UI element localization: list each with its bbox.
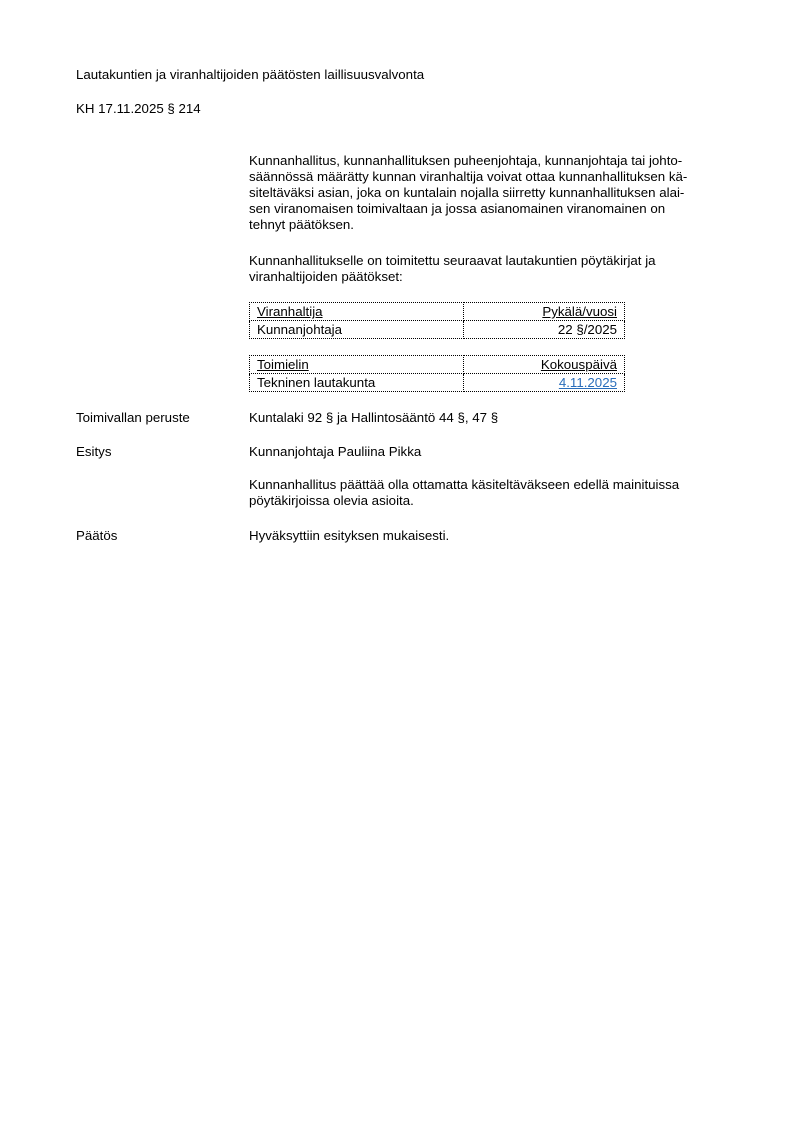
officials-table: Viranhaltija Pykälä/vuosi Kunnanjohtaja … [249,302,625,339]
intro-line: tehnyt päätöksen. [249,217,734,233]
column-header-meeting-date: Kokouspäivä [541,357,617,372]
intro-line: siteltäväksi asian, joka on kuntalain no… [249,185,734,201]
paragraph-line: Kunnanhallitukselle on toimitettu seuraa… [249,253,734,269]
table-row: Kunnanjohtaja 22 §/2025 [250,321,625,339]
delivered-documents-paragraph: Kunnanhallitukselle on toimitettu seuraa… [249,253,734,285]
proposal-line: pöytäkirjoissa olevia asioita. [249,493,734,509]
proposal-text: Kunnanhallitus päättää olla ottamatta kä… [249,477,734,509]
column-header-section-year: Pykälä/vuosi [542,304,617,319]
meeting-reference: KH 17.11.2025 § 214 [76,101,201,116]
official-cell: Kunnanjohtaja [250,321,464,339]
paragraph-line: viranhaltijoiden päätökset: [249,269,734,285]
intro-line: säännössä määrätty kunnan viranhaltija v… [249,169,734,185]
table-header-row: Viranhaltija Pykälä/vuosi [250,303,625,321]
decision-label: Päätös [76,528,117,543]
intro-line: Kunnanhallitus, kunnanhallituksen puheen… [249,153,734,169]
section-year-cell: 22 §/2025 [464,321,625,339]
proposal-label: Esitys [76,444,111,459]
proposal-presenter: Kunnanjohtaja Pauliina Pikka [249,444,421,459]
bodies-table: Toimielin Kokouspäivä Tekninen lautakunt… [249,355,625,392]
decision-text: Hyväksyttiin esityksen mukaisesti. [249,528,449,543]
meeting-date-link[interactable]: 4.11.2025 [559,375,617,390]
body-cell: Tekninen lautakunta [250,374,464,392]
table-row: Tekninen lautakunta 4.11.2025 [250,374,625,392]
authority-label: Toimivallan peruste [76,410,190,425]
proposal-line: Kunnanhallitus päättää olla ottamatta kä… [249,477,734,493]
column-header-official: Viranhaltija [257,304,323,319]
intro-line: sen viranomaisen toimivaltaan ja jossa a… [249,201,734,217]
authority-text: Kuntalaki 92 § ja Hallintosääntö 44 §, 4… [249,410,498,425]
intro-paragraph: Kunnanhallitus, kunnanhallituksen puheen… [249,153,734,233]
column-header-body: Toimielin [257,357,309,372]
document-heading: Lautakuntien ja viranhaltijoiden päätöst… [76,67,424,82]
table-header-row: Toimielin Kokouspäivä [250,356,625,374]
